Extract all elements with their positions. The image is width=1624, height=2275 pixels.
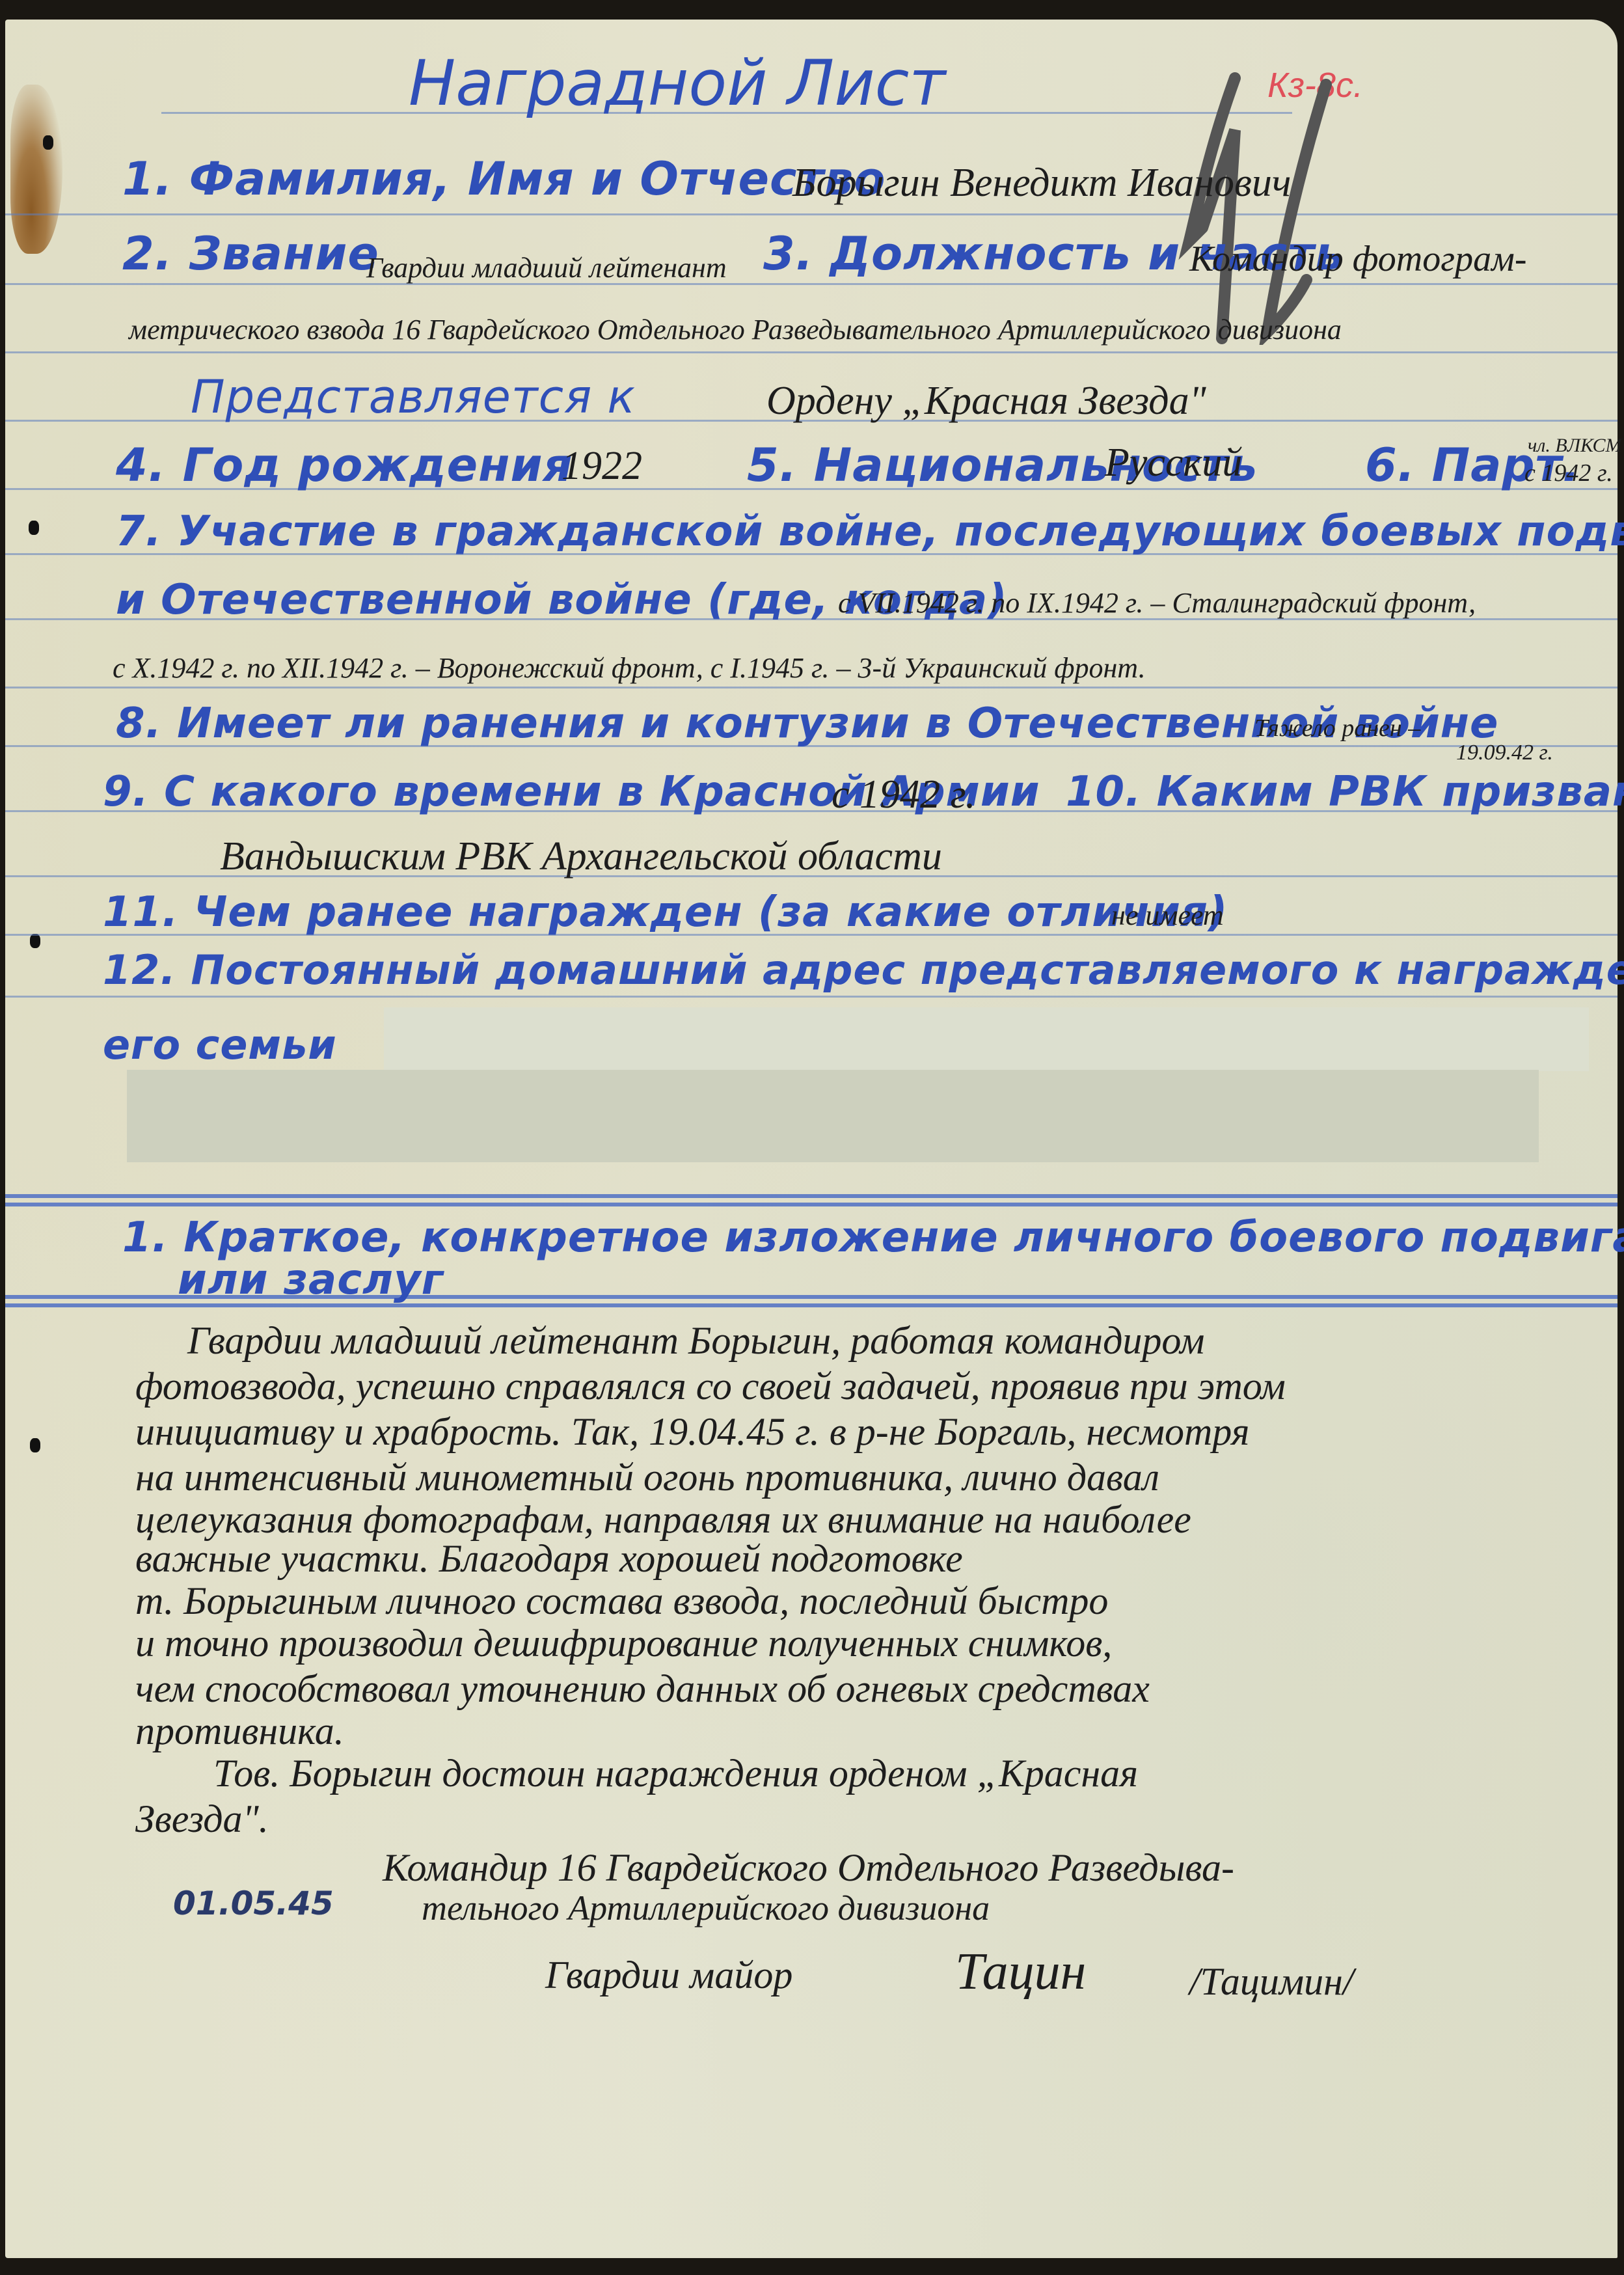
field-2-label: 2. Звание (122, 231, 379, 277)
punch-hole (29, 521, 39, 535)
field-7-label: 7. Участие в гражданской войне, последую… (116, 511, 1624, 552)
signatory-rank: Гвардии майор (545, 1955, 792, 1995)
field-6-value-since: с 1942 г. (1524, 461, 1613, 485)
signatory-name: /Тацимин/ (1189, 1962, 1354, 2001)
field-3-value: Командир фотограм- (1189, 241, 1526, 277)
field-12-label: 12. Постоянный домашний адрес представля… (103, 950, 1624, 990)
field-1-label: 1. Фамилия, Имя и Отчество (122, 156, 886, 202)
paper-stain (10, 85, 62, 254)
award-sheet-paper: Наградной Лист Кз-8с. 1. Фамилия, Имя и … (5, 20, 1617, 2258)
ruled-line (5, 996, 1617, 998)
ruled-line (5, 351, 1617, 353)
citation-line: фотовзвода, успешно справлялся со своей … (135, 1367, 1286, 1406)
citation-line: важные участки. Благодаря хорошей подгот… (135, 1539, 963, 1578)
ruled-line (5, 687, 1617, 688)
punch-hole (30, 934, 40, 948)
field-5-value: Русский (1105, 443, 1242, 483)
citation-line: и точно производил дешифрирование получе… (135, 1624, 1112, 1663)
field-1-value: Борыгин Венедикт Иванович (792, 163, 1291, 203)
field-4-value: 1922 (562, 446, 642, 486)
field-3-value-cont: метрического взвода 16 Гвардейского Отде… (129, 316, 1342, 344)
section-2-heading: 1. Краткое, конкретное изложение личного… (122, 1217, 1624, 1259)
field-8-date: 19.09.42 г. (1456, 742, 1553, 764)
ruled-line (5, 283, 1617, 285)
field-4-label: 4. Год рождения (116, 443, 573, 488)
redaction-box (127, 1070, 1539, 1162)
field-2-value: Гвардии младший лейтенант (366, 254, 727, 282)
citation-line: на интенсивный минометный огонь противни… (135, 1458, 1159, 1497)
field-7-value-cont: с X.1942 г. по XII.1942 г. – Воронежский… (113, 654, 1146, 683)
section-divider (5, 1203, 1617, 1206)
citation-line: Гвардии младший лейтенант Борыгин, работ… (187, 1321, 1204, 1360)
punch-hole (43, 135, 53, 150)
redaction-box (384, 1007, 1589, 1071)
citation-conclusion-cont: Звезда". (135, 1799, 269, 1838)
field-6-value: чл. ВЛКСМ (1528, 436, 1622, 456)
citation-line: целеуказания фотографам, направляя их вн… (135, 1500, 1191, 1539)
citation-conclusion: Тов. Борыгин достоин награждения орденом… (213, 1754, 1138, 1793)
field-9-value: с 1942 г. (832, 774, 975, 815)
field-10-value: Вандышским РВК Архангельской области (220, 836, 942, 877)
nominated-value: Ордену „Красная Звезда" (766, 381, 1206, 421)
field-11-value: не имеет (1111, 901, 1224, 930)
pencil-check-mark (1170, 72, 1365, 345)
signature-scribble: Тацин (955, 1946, 1086, 1998)
section-2-heading-cont: или заслуг (178, 1259, 444, 1301)
nominated-label: Представляется к (191, 374, 636, 420)
page-title: Наградной Лист (409, 52, 945, 115)
citation-line: т. Борыгиным личного состава взвода, пос… (135, 1581, 1108, 1620)
signature-date: 01.05.45 (173, 1887, 334, 1920)
field-7-value: с VII.1942 г. по IX.1942 г. – Сталинград… (838, 589, 1476, 618)
signatory-title-cont: тельного Артиллерийского дивизиона (422, 1890, 990, 1926)
citation-line: инициативу и храбрость. Так, 19.04.45 г.… (135, 1412, 1249, 1451)
field-8-value: Тяжело ранен – (1254, 716, 1420, 741)
field-11-label: 11. Чем ранее награжден (за какие отличи… (103, 892, 1228, 933)
section-divider (5, 1194, 1617, 1198)
citation-line: чем способствовал уточнению данных об ог… (135, 1669, 1150, 1708)
field-12-label-cont: его семьи (103, 1025, 337, 1065)
citation-line: противника. (135, 1711, 344, 1751)
ruled-line (5, 213, 1617, 215)
signatory-title: Командир 16 Гвардейского Отдельного Разв… (383, 1848, 1234, 1887)
punch-hole (30, 1438, 40, 1452)
field-10-label: 10. Каким РВК призван (1066, 771, 1624, 813)
